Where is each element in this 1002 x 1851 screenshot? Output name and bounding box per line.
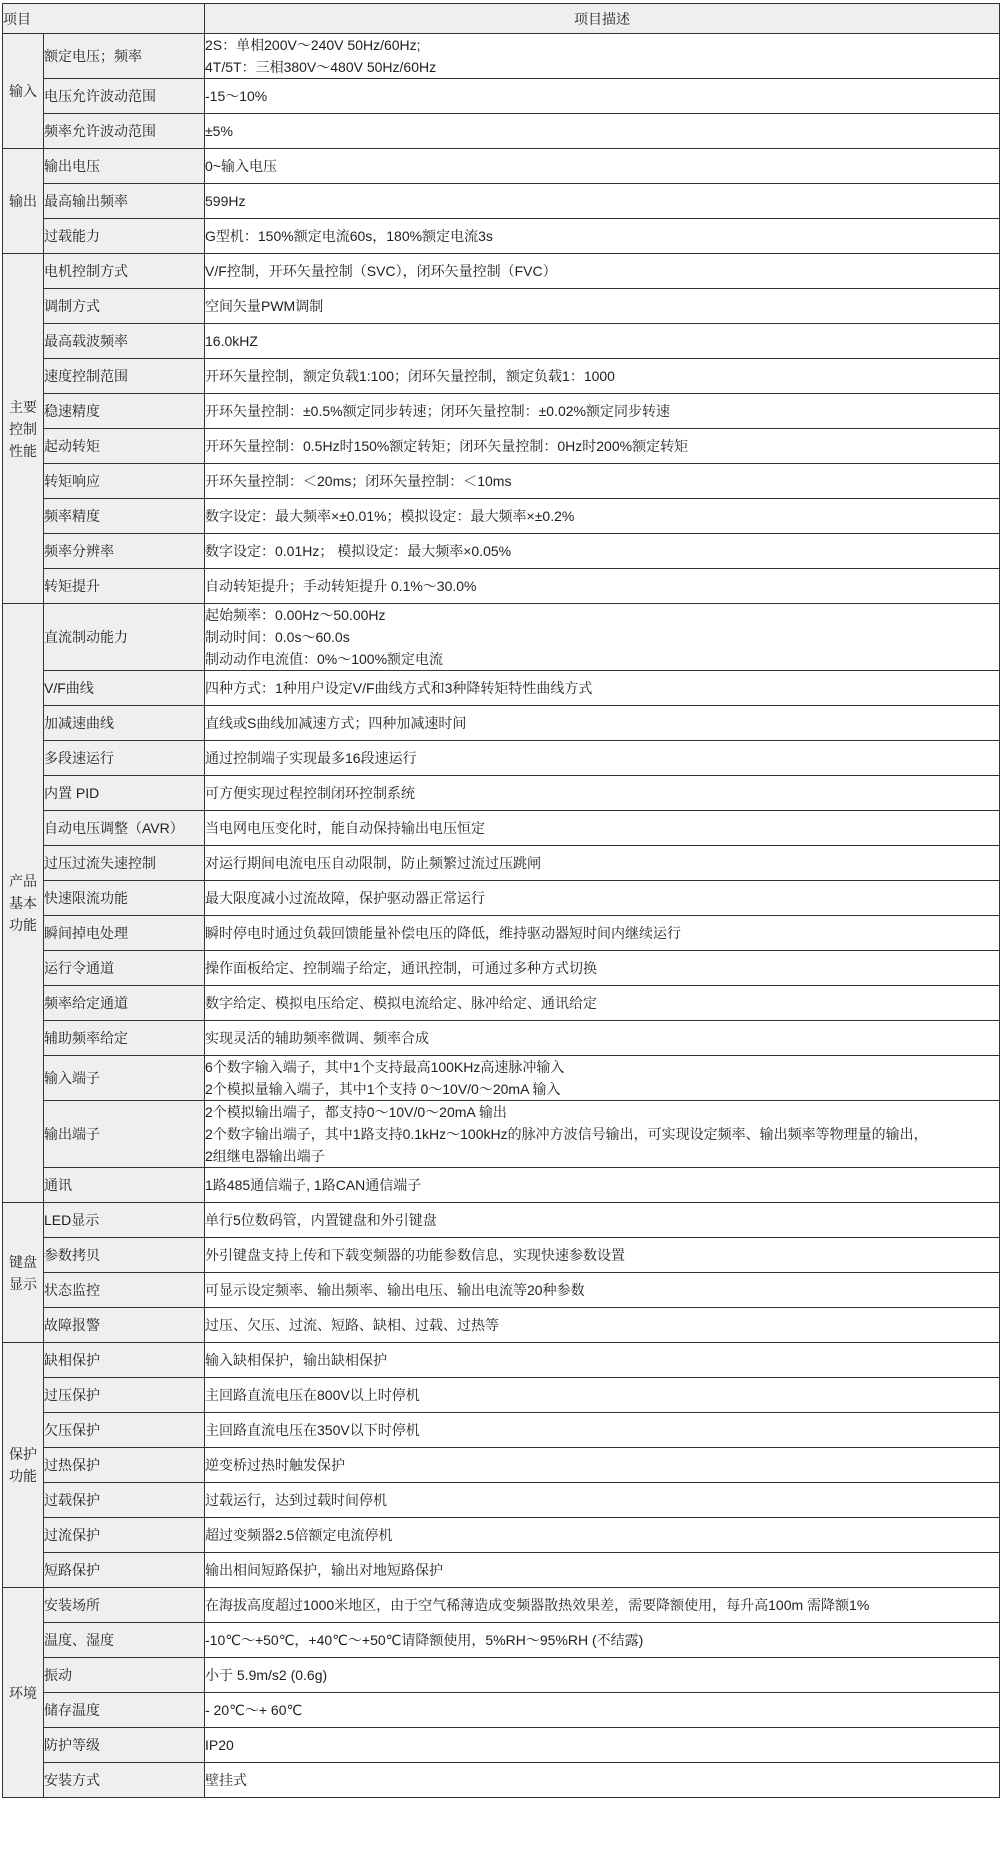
header-row: 项目 项目描述 xyxy=(3,4,1000,34)
table-row: 产品基本功能直流制动能力起始频率：0.00Hz～50.00Hz制动时间：0.0s… xyxy=(3,604,1000,671)
spec-item-desc: 16.0kHZ xyxy=(205,324,1000,359)
spec-item-desc: 最大限度减小过流故障，保护驱动器正常运行 xyxy=(205,881,1000,916)
spec-item-desc: 自动转矩提升；手动转矩提升 0.1%～30.0% xyxy=(205,569,1000,604)
table-row: 起动转矩开环矢量控制：0.5Hz时150%额定转矩；闭环矢量控制：0Hz时200… xyxy=(3,429,1000,464)
desc-line: 数字设定：最大频率×±0.01%；模拟设定：最大频率×±0.2% xyxy=(205,505,999,527)
spec-item-desc: 起始频率：0.00Hz～50.00Hz制动时间：0.0s～60.0s制动动作电流… xyxy=(205,604,1000,671)
spec-item-desc: 599Hz xyxy=(205,184,1000,219)
spec-item-name: 频率精度 xyxy=(44,499,205,534)
desc-line: 最大限度减小过流故障，保护驱动器正常运行 xyxy=(205,887,999,909)
desc-line: 主回路直流电压在350V以下时停机 xyxy=(205,1419,999,1441)
spec-item-desc: 2个模拟输出端子，都支持0～10V/0～20mA 输出2个数字输出端子，其中1路… xyxy=(205,1101,1000,1168)
desc-line: 0~输入电压 xyxy=(205,155,999,177)
table-row: 输入额定电压；频率2S：单相200V～240V 50Hz/60Hz;4T/5T：… xyxy=(3,34,1000,79)
table-row: 故障报警过压、欠压、过流、短路、缺相、过载、过热等 xyxy=(3,1308,1000,1343)
table-row: 通讯1路485通信端子, 1路CAN通信端子 xyxy=(3,1168,1000,1203)
table-row: 过热保护逆变桥过热时触发保护 xyxy=(3,1448,1000,1483)
table-row: 内置 PID可方便实现过程控制闭环控制系统 xyxy=(3,776,1000,811)
table-row: 状态监控可显示设定频率、输出频率、输出电压、输出电流等20种参数 xyxy=(3,1273,1000,1308)
desc-line: 开环矢量控制：±0.5%额定同步转速；闭环矢量控制：±0.02%额定同步转速 xyxy=(205,400,999,422)
table-row: 过压保护主回路直流电压在800V以上时停机 xyxy=(3,1378,1000,1413)
spec-item-name: 加减速曲线 xyxy=(44,706,205,741)
desc-line: -15～10% xyxy=(205,85,999,107)
spec-item-desc: 2S：单相200V～240V 50Hz/60Hz;4T/5T：三相380V～48… xyxy=(205,34,1000,79)
desc-line: 瞬时停电时通过负载回馈能量补偿电压的降低，维持驱动器短时间内继续运行 xyxy=(205,922,999,944)
spec-item-name: 过流保护 xyxy=(44,1518,205,1553)
spec-table-body: 输入额定电压；频率2S：单相200V～240V 50Hz/60Hz;4T/5T：… xyxy=(3,34,1000,1798)
desc-line: 可显示设定频率、输出频率、输出电压、输出电流等20种参数 xyxy=(205,1279,999,1301)
table-row: 最高输出频率599Hz xyxy=(3,184,1000,219)
spec-item-desc: 外引键盘支持上传和下载变频器的功能参数信息，实现快速参数设置 xyxy=(205,1238,1000,1273)
spec-item-desc: 四种方式：1种用户设定V/F曲线方式和3种降转矩特性曲线方式 xyxy=(205,671,1000,706)
desc-line: 逆变桥过热时触发保护 xyxy=(205,1454,999,1476)
spec-item-desc: 超过变频器2.5倍额定电流停机 xyxy=(205,1518,1000,1553)
desc-line: 2个模拟量输入端子，其中1个支持 0～10V/0～20mA 输入 xyxy=(205,1078,999,1100)
spec-item-desc: 小于 5.9m/s2 (0.6g) xyxy=(205,1658,1000,1693)
table-row: 环境安装场所在海拔高度超过1000米地区，由于空气稀薄造成变频器散热效果差，需要… xyxy=(3,1588,1000,1623)
table-row: 频率给定通道数字给定、模拟电压给定、模拟电流给定、脉冲给定、通讯给定 xyxy=(3,986,1000,1021)
table-row: 过压过流失速控制对运行期间电流电压自动限制，防止频繁过流过压跳闸 xyxy=(3,846,1000,881)
desc-line: 开环矢量控制：＜20ms；闭环矢量控制：＜10ms xyxy=(205,470,999,492)
table-row: 调制方式空间矢量PWM调制 xyxy=(3,289,1000,324)
spec-item-name: 转矩响应 xyxy=(44,464,205,499)
spec-item-name: 最高输出频率 xyxy=(44,184,205,219)
spec-item-name: 转矩提升 xyxy=(44,569,205,604)
table-row: 频率允许波动范围±5% xyxy=(3,114,1000,149)
table-row: 防护等级IP20 xyxy=(3,1728,1000,1763)
spec-item-name: 电机控制方式 xyxy=(44,254,205,289)
spec-item-name: 瞬间掉电处理 xyxy=(44,916,205,951)
spec-item-desc: 过压、欠压、过流、短路、缺相、过载、过热等 xyxy=(205,1308,1000,1343)
spec-item-desc: 逆变桥过热时触发保护 xyxy=(205,1448,1000,1483)
table-row: 输入端子6个数字输入端子，其中1个支持最高100KHz高速脉冲输入2个模拟量输入… xyxy=(3,1056,1000,1101)
spec-item-desc: 空间矢量PWM调制 xyxy=(205,289,1000,324)
desc-line: 四种方式：1种用户设定V/F曲线方式和3种降转矩特性曲线方式 xyxy=(205,677,999,699)
table-row: 温度、湿度-10℃～+50℃，+40℃～+50℃请降额使用，5%RH～95%RH… xyxy=(3,1623,1000,1658)
spec-item-name: 额定电压；频率 xyxy=(44,34,205,79)
spec-item-name: 欠压保护 xyxy=(44,1413,205,1448)
spec-item-desc: 对运行期间电流电压自动限制，防止频繁过流过压跳闸 xyxy=(205,846,1000,881)
spec-item-desc: 0~输入电压 xyxy=(205,149,1000,184)
spec-item-name: 运行令通道 xyxy=(44,951,205,986)
desc-line: 6个数字输入端子，其中1个支持最高100KHz高速脉冲输入 xyxy=(205,1056,999,1078)
table-row: 过流保护超过变频器2.5倍额定电流停机 xyxy=(3,1518,1000,1553)
table-row: 保护功能缺相保护输入缺相保护，输出缺相保护 xyxy=(3,1343,1000,1378)
group-label: 保护功能 xyxy=(3,1343,44,1588)
desc-line: 2组继电器输出端子 xyxy=(205,1145,999,1167)
spec-item-desc: 开环矢量控制：0.5Hz时150%额定转矩；闭环矢量控制：0Hz时200%额定转… xyxy=(205,429,1000,464)
desc-line: 2个模拟输出端子，都支持0～10V/0～20mA 输出 xyxy=(205,1101,999,1123)
table-row: 频率分辨率数字设定：0.01Hz； 模拟设定：最大频率×0.05% xyxy=(3,534,1000,569)
spec-item-desc: ±5% xyxy=(205,114,1000,149)
desc-line: ±5% xyxy=(205,120,999,142)
spec-item-name: 快速限流功能 xyxy=(44,881,205,916)
spec-item-desc: 可方便实现过程控制闭环控制系统 xyxy=(205,776,1000,811)
spec-item-desc: 开环矢量控制，额定负载1:100；闭环矢量控制，额定负载1：1000 xyxy=(205,359,1000,394)
spec-item-name: 温度、湿度 xyxy=(44,1623,205,1658)
desc-line: 可方便实现过程控制闭环控制系统 xyxy=(205,782,999,804)
desc-line: 自动转矩提升；手动转矩提升 0.1%～30.0% xyxy=(205,575,999,597)
spec-item-desc: 直线或S曲线加减速方式；四种加减速时间 xyxy=(205,706,1000,741)
spec-item-name: 安装方式 xyxy=(44,1763,205,1798)
table-row: 电压允许波动范围-15～10% xyxy=(3,79,1000,114)
desc-line: 599Hz xyxy=(205,190,999,212)
spec-item-name: 频率允许波动范围 xyxy=(44,114,205,149)
table-row: 辅助频率给定实现灵活的辅助频率微调、频率合成 xyxy=(3,1021,1000,1056)
desc-line: 小于 5.9m/s2 (0.6g) xyxy=(205,1664,999,1686)
spec-item-desc: 过载运行，达到过载时间停机 xyxy=(205,1483,1000,1518)
spec-item-desc: 单行5位数码管，内置键盘和外引键盘 xyxy=(205,1203,1000,1238)
header-desc-column-label: 项目描述 xyxy=(205,4,1000,34)
table-row: 输出端子2个模拟输出端子，都支持0～10V/0～20mA 输出2个数字输出端子，… xyxy=(3,1101,1000,1168)
spec-item-desc: 开环矢量控制：＜20ms；闭环矢量控制：＜10ms xyxy=(205,464,1000,499)
spec-item-desc: 输入缺相保护，输出缺相保护 xyxy=(205,1343,1000,1378)
group-label: 环境 xyxy=(3,1588,44,1798)
desc-line: 输入缺相保护，输出缺相保护 xyxy=(205,1349,999,1371)
table-row: 转矩响应开环矢量控制：＜20ms；闭环矢量控制：＜10ms xyxy=(3,464,1000,499)
spec-item-name: 输入端子 xyxy=(44,1056,205,1101)
spec-item-desc: 数字给定、模拟电压给定、模拟电流给定、脉冲给定、通讯给定 xyxy=(205,986,1000,1021)
table-row: 主要控制性能电机控制方式V/F控制，开环矢量控制（SVC），闭环矢量控制（FVC… xyxy=(3,254,1000,289)
group-label: 键盘显示 xyxy=(3,1203,44,1343)
spec-item-desc: G型机：150%额定电流60s，180%额定电流3s xyxy=(205,219,1000,254)
desc-line: 数字设定：0.01Hz； 模拟设定：最大频率×0.05% xyxy=(205,540,999,562)
desc-line: 当电网电压变化时，能自动保持输出电压恒定 xyxy=(205,817,999,839)
spec-item-desc: 可显示设定频率、输出频率、输出电压、输出电流等20种参数 xyxy=(205,1273,1000,1308)
desc-line: 空间矢量PWM调制 xyxy=(205,295,999,317)
spec-item-desc: 1路485通信端子, 1路CAN通信端子 xyxy=(205,1168,1000,1203)
spec-item-name: 防护等级 xyxy=(44,1728,205,1763)
spec-item-desc: IP20 xyxy=(205,1728,1000,1763)
spec-item-name: 过压过流失速控制 xyxy=(44,846,205,881)
spec-item-desc: 通过控制端子实现最多16段速运行 xyxy=(205,741,1000,776)
spec-item-desc: - 20℃～+ 60℃ xyxy=(205,1693,1000,1728)
spec-item-desc: 开环矢量控制：±0.5%额定同步转速；闭环矢量控制：±0.02%额定同步转速 xyxy=(205,394,1000,429)
table-row: 振动小于 5.9m/s2 (0.6g) xyxy=(3,1658,1000,1693)
spec-item-desc: 操作面板给定、控制端子给定，通讯控制，可通过多种方式切换 xyxy=(205,951,1000,986)
desc-line: 输出相间短路保护，输出对地短路保护 xyxy=(205,1559,999,1581)
page: 项目 项目描述 输入额定电压；频率2S：单相200V～240V 50Hz/60H… xyxy=(0,0,1002,1801)
desc-line: 16.0kHZ xyxy=(205,330,999,352)
table-row: 安装方式壁挂式 xyxy=(3,1763,1000,1798)
spec-item-desc: 主回路直流电压在350V以下时停机 xyxy=(205,1413,1000,1448)
table-row: 加减速曲线直线或S曲线加减速方式；四种加减速时间 xyxy=(3,706,1000,741)
spec-item-name: V/F曲线 xyxy=(44,671,205,706)
table-row: 瞬间掉电处理瞬时停电时通过负载回馈能量补偿电压的降低，维持驱动器短时间内继续运行 xyxy=(3,916,1000,951)
table-row: 键盘显示LED显示单行5位数码管，内置键盘和外引键盘 xyxy=(3,1203,1000,1238)
spec-item-name: 通讯 xyxy=(44,1168,205,1203)
table-row: 多段速运行通过控制端子实现最多16段速运行 xyxy=(3,741,1000,776)
group-label: 输入 xyxy=(3,34,44,149)
spec-item-name: 振动 xyxy=(44,1658,205,1693)
spec-item-name: 过热保护 xyxy=(44,1448,205,1483)
table-row: 输出输出电压0~输入电压 xyxy=(3,149,1000,184)
spec-item-name: 过压保护 xyxy=(44,1378,205,1413)
desc-line: 起始频率：0.00Hz～50.00Hz xyxy=(205,604,999,626)
desc-line: 数字给定、模拟电压给定、模拟电流给定、脉冲给定、通讯给定 xyxy=(205,992,999,1014)
desc-line: 壁挂式 xyxy=(205,1769,999,1791)
spec-item-name: 起动转矩 xyxy=(44,429,205,464)
table-row: V/F曲线四种方式：1种用户设定V/F曲线方式和3种降转矩特性曲线方式 xyxy=(3,671,1000,706)
spec-item-name: 辅助频率给定 xyxy=(44,1021,205,1056)
table-row: 频率精度数字设定：最大频率×±0.01%；模拟设定：最大频率×±0.2% xyxy=(3,499,1000,534)
spec-item-desc: 6个数字输入端子，其中1个支持最高100KHz高速脉冲输入2个模拟量输入端子，其… xyxy=(205,1056,1000,1101)
table-row: 快速限流功能最大限度减小过流故障，保护驱动器正常运行 xyxy=(3,881,1000,916)
group-label: 产品基本功能 xyxy=(3,604,44,1203)
desc-line: 开环矢量控制，额定负载1:100；闭环矢量控制，额定负载1：1000 xyxy=(205,365,999,387)
spec-item-name: 安装场所 xyxy=(44,1588,205,1623)
group-label: 主要控制性能 xyxy=(3,254,44,604)
desc-line: 主回路直流电压在800V以上时停机 xyxy=(205,1384,999,1406)
table-row: 速度控制范围开环矢量控制，额定负载1:100；闭环矢量控制，额定负载1：1000 xyxy=(3,359,1000,394)
desc-line: IP20 xyxy=(205,1734,999,1756)
desc-line: V/F控制，开环矢量控制（SVC），闭环矢量控制（FVC） xyxy=(205,260,999,282)
spec-item-desc: -15～10% xyxy=(205,79,1000,114)
spec-item-desc: 在海拔高度超过1000米地区，由于空气稀薄造成变频器散热效果差，需要降额使用，每… xyxy=(205,1588,1000,1623)
spec-item-name: LED显示 xyxy=(44,1203,205,1238)
desc-line: 2S：单相200V～240V 50Hz/60Hz; xyxy=(205,34,999,56)
spec-item-name: 多段速运行 xyxy=(44,741,205,776)
spec-item-desc: 数字设定：最大频率×±0.01%；模拟设定：最大频率×±0.2% xyxy=(205,499,1000,534)
spec-item-name: 过载能力 xyxy=(44,219,205,254)
spec-item-desc: 瞬时停电时通过负载回馈能量补偿电压的降低，维持驱动器短时间内继续运行 xyxy=(205,916,1000,951)
spec-item-name: 短路保护 xyxy=(44,1553,205,1588)
spec-item-desc: 壁挂式 xyxy=(205,1763,1000,1798)
table-row: 稳速精度开环矢量控制：±0.5%额定同步转速；闭环矢量控制：±0.02%额定同步… xyxy=(3,394,1000,429)
spec-item-desc: V/F控制，开环矢量控制（SVC），闭环矢量控制（FVC） xyxy=(205,254,1000,289)
spec-item-name: 参数拷贝 xyxy=(44,1238,205,1273)
spec-item-name: 故障报警 xyxy=(44,1308,205,1343)
desc-line: 4T/5T：三相380V～480V 50Hz/60Hz xyxy=(205,56,999,78)
desc-line: 操作面板给定、控制端子给定，通讯控制，可通过多种方式切换 xyxy=(205,957,999,979)
spec-item-name: 过载保护 xyxy=(44,1483,205,1518)
spec-item-name: 输出端子 xyxy=(44,1101,205,1168)
header-item-column-label: 项目 xyxy=(3,4,205,34)
spec-item-name: 频率给定通道 xyxy=(44,986,205,1021)
desc-line: 实现灵活的辅助频率微调、频率合成 xyxy=(205,1027,999,1049)
group-label: 输出 xyxy=(3,149,44,254)
table-row: 储存温度- 20℃～+ 60℃ xyxy=(3,1693,1000,1728)
spec-item-desc: -10℃～+50℃，+40℃～+50℃请降额使用，5%RH～95%RH (不结露… xyxy=(205,1623,1000,1658)
desc-line: 对运行期间电流电压自动限制，防止频繁过流过压跳闸 xyxy=(205,852,999,874)
spec-item-desc: 实现灵活的辅助频率微调、频率合成 xyxy=(205,1021,1000,1056)
spec-item-name: 直流制动能力 xyxy=(44,604,205,671)
desc-line: 通过控制端子实现最多16段速运行 xyxy=(205,747,999,769)
desc-line: 过载运行，达到过载时间停机 xyxy=(205,1489,999,1511)
table-row: 参数拷贝外引键盘支持上传和下载变频器的功能参数信息，实现快速参数设置 xyxy=(3,1238,1000,1273)
spec-item-name: 稳速精度 xyxy=(44,394,205,429)
table-row: 转矩提升自动转矩提升；手动转矩提升 0.1%～30.0% xyxy=(3,569,1000,604)
spec-item-desc: 当电网电压变化时，能自动保持输出电压恒定 xyxy=(205,811,1000,846)
table-row: 自动电压调整（AVR）当电网电压变化时，能自动保持输出电压恒定 xyxy=(3,811,1000,846)
spec-item-desc: 输出相间短路保护，输出对地短路保护 xyxy=(205,1553,1000,1588)
spec-item-name: 状态监控 xyxy=(44,1273,205,1308)
spec-item-desc: 主回路直流电压在800V以上时停机 xyxy=(205,1378,1000,1413)
desc-line: 超过变频器2.5倍额定电流停机 xyxy=(205,1524,999,1546)
spec-item-name: 频率分辨率 xyxy=(44,534,205,569)
table-row: 运行令通道操作面板给定、控制端子给定，通讯控制，可通过多种方式切换 xyxy=(3,951,1000,986)
desc-line: 开环矢量控制：0.5Hz时150%额定转矩；闭环矢量控制：0Hz时200%额定转… xyxy=(205,435,999,457)
spec-item-desc: 数字设定：0.01Hz； 模拟设定：最大频率×0.05% xyxy=(205,534,1000,569)
table-row: 过载能力G型机：150%额定电流60s，180%额定电流3s xyxy=(3,219,1000,254)
spec-table: 项目 项目描述 输入额定电压；频率2S：单相200V～240V 50Hz/60H… xyxy=(2,3,1000,1798)
spec-item-name: 储存温度 xyxy=(44,1693,205,1728)
desc-line: 单行5位数码管，内置键盘和外引键盘 xyxy=(205,1209,999,1231)
desc-line: 在海拔高度超过1000米地区，由于空气稀薄造成变频器散热效果差，需要降额使用，每… xyxy=(205,1594,999,1616)
spec-item-name: 调制方式 xyxy=(44,289,205,324)
desc-line: 制动时间：0.0s～60.0s xyxy=(205,626,999,648)
desc-line: 过压、欠压、过流、短路、缺相、过载、过热等 xyxy=(205,1314,999,1336)
spec-item-name: 缺相保护 xyxy=(44,1343,205,1378)
desc-line: 制动动作电流值：0%～100%额定电流 xyxy=(205,648,999,670)
desc-line: G型机：150%额定电流60s，180%额定电流3s xyxy=(205,225,999,247)
spec-item-name: 电压允许波动范围 xyxy=(44,79,205,114)
spec-item-name: 自动电压调整（AVR） xyxy=(44,811,205,846)
desc-line: - 20℃～+ 60℃ xyxy=(205,1699,999,1721)
desc-line: 直线或S曲线加减速方式；四种加减速时间 xyxy=(205,712,999,734)
spec-item-name: 内置 PID xyxy=(44,776,205,811)
spec-item-name: 速度控制范围 xyxy=(44,359,205,394)
desc-line: 外引键盘支持上传和下载变频器的功能参数信息，实现快速参数设置 xyxy=(205,1244,999,1266)
desc-line: -10℃～+50℃，+40℃～+50℃请降额使用，5%RH～95%RH (不结露… xyxy=(205,1629,999,1651)
table-row: 过载保护过载运行，达到过载时间停机 xyxy=(3,1483,1000,1518)
desc-line: 1路485通信端子, 1路CAN通信端子 xyxy=(205,1174,999,1196)
spec-item-name: 最高载波频率 xyxy=(44,324,205,359)
table-row: 最高载波频率16.0kHZ xyxy=(3,324,1000,359)
table-row: 欠压保护主回路直流电压在350V以下时停机 xyxy=(3,1413,1000,1448)
desc-line: 2个数字输出端子，其中1路支持0.1kHz～100kHz的脉冲方波信号输出，可实… xyxy=(205,1123,999,1145)
table-row: 短路保护输出相间短路保护，输出对地短路保护 xyxy=(3,1553,1000,1588)
spec-item-name: 输出电压 xyxy=(44,149,205,184)
